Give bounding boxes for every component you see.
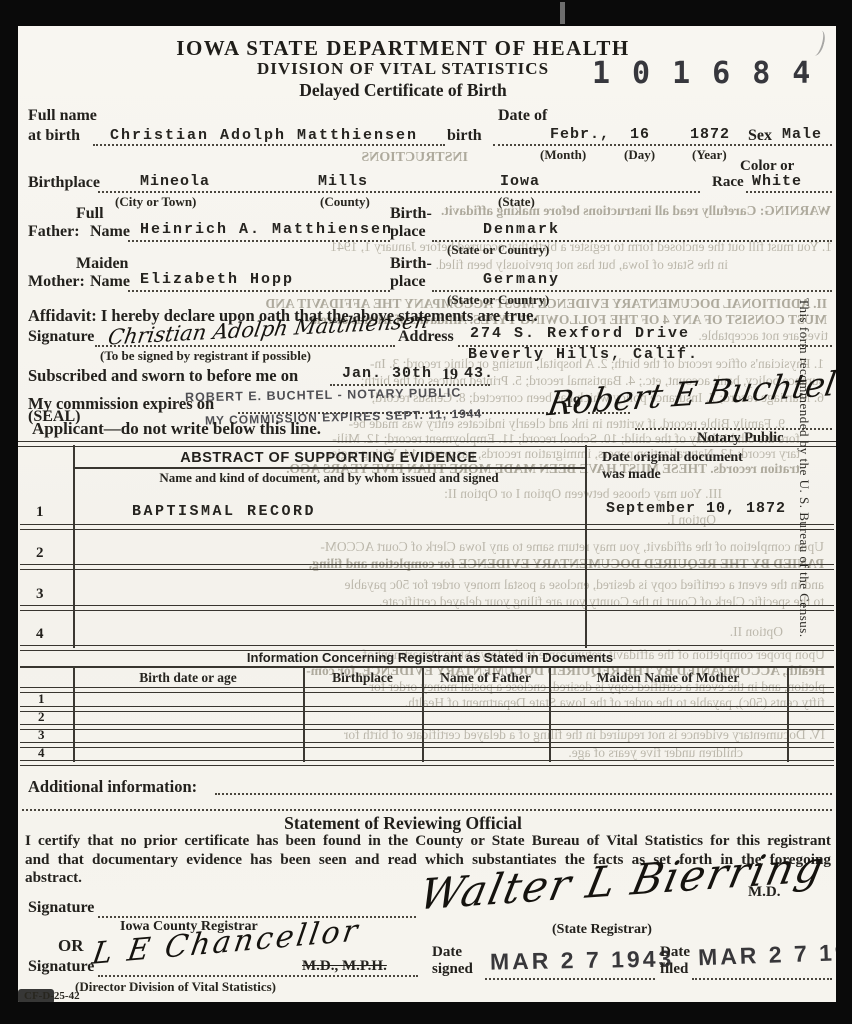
reviewing-title: Statement of Reviewing Official <box>18 813 788 834</box>
sworn-year-value: 43. <box>464 365 494 382</box>
date-signed-label-2: signed <box>432 961 473 978</box>
full-name-label-1: Full name <box>28 107 97 125</box>
bleedthrough-line: Upon completion of the affidavit, you ma… <box>62 539 824 555</box>
table-vline <box>787 666 789 762</box>
applicant-note: Applicant—do not write below this line. <box>32 419 321 439</box>
bleedthrough-line: Option II. <box>688 624 783 640</box>
race-label: Race <box>712 174 744 191</box>
table-vline <box>73 666 75 762</box>
sex-value: Male <box>782 126 822 143</box>
row-separator <box>20 706 834 712</box>
table-vline <box>585 445 587 648</box>
dotted-leader <box>98 975 418 977</box>
additional-info-label: Additional information: <box>28 777 197 797</box>
rule <box>73 467 585 469</box>
dotted-leader <box>98 191 700 193</box>
dotted-leader <box>128 240 390 242</box>
dotted-leader <box>215 793 832 795</box>
date-of-label-1: Date of <box>498 107 547 125</box>
birthplace-label: Birthplace <box>28 174 100 192</box>
dotted-leader <box>93 144 445 146</box>
registrant-row-num: 4 <box>38 745 45 761</box>
registrant-col-father: Name of Father <box>422 670 549 686</box>
state-registrar-caption: (State Registrar) <box>552 922 652 938</box>
side-note: This form recommended by the U. S. Burea… <box>796 298 812 718</box>
mother-name-value: Elizabeth Hopp <box>140 271 294 288</box>
director-degrees: M.D., M.P.H. <box>302 958 387 975</box>
or-label: OR <box>58 936 84 956</box>
table-vline <box>422 666 424 762</box>
father-full-label: Full <box>76 205 104 223</box>
registrant-table-title: Information Concerning Registrant as Sta… <box>73 650 787 665</box>
row-separator <box>20 687 834 693</box>
section-divider <box>18 441 836 447</box>
date-of-label-2: birth <box>447 127 482 145</box>
birth-year-value: 1872 <box>690 126 730 143</box>
father-place-label: place <box>390 223 426 241</box>
mother-name-label: Name <box>90 273 130 291</box>
address-line2-value: Beverly Hills, Calif. <box>468 346 699 363</box>
county-caption: (County) <box>320 194 370 210</box>
full-name-label-2: at birth <box>28 127 80 145</box>
registrant-row-num: 2 <box>38 709 45 725</box>
dotted-leader <box>128 290 390 292</box>
dotted-leader <box>692 978 832 980</box>
mother-birth-label: Birth- <box>390 255 432 273</box>
registrant-col-birthdate: Birth date or age <box>83 670 293 686</box>
state-caption: (State) <box>498 194 535 210</box>
abstract-row-num: 2 <box>36 545 44 562</box>
scan-border-bottom <box>0 1002 852 1024</box>
scan-border-right <box>836 0 852 1024</box>
date-filed-stamp: MAR 2 7 1943 <box>698 938 852 971</box>
father-birth-label: Birth- <box>390 205 432 223</box>
date-signed-label-1: Date <box>432 944 462 961</box>
birth-month-value: Febr., <box>550 126 610 143</box>
mother-place-label: place <box>390 273 426 291</box>
mother-birthplace-value: Germany <box>483 271 560 288</box>
certificate-number-stamp: 101684 <box>592 56 832 91</box>
dotted-leader <box>493 144 832 146</box>
abstract-table-title: ABSTRACT OF SUPPORTING EVIDENCE <box>73 450 585 466</box>
row-separator <box>20 724 834 730</box>
date-made-header-1: Date original document <box>602 450 743 466</box>
bleedthrough-line: and in the event a certified copy is des… <box>62 577 824 593</box>
father-label: Father: <box>28 223 80 241</box>
father-name-label: Name <box>90 223 130 241</box>
row-separator <box>20 524 834 530</box>
address-line1-value: 274 S. Rexford Drive <box>470 325 690 342</box>
abstract-row-num: 1 <box>36 504 44 521</box>
county-signature-label: Signature <box>28 899 94 917</box>
sworn-date-value: Jan. 30th <box>342 365 432 382</box>
mother-maiden-label: Maiden <box>76 255 128 273</box>
sworn-label: Subscribed and sworn to before me on <box>28 366 298 386</box>
dotted-leader <box>98 916 416 918</box>
full-name-value: Christian Adolph Matthiensen <box>110 127 418 144</box>
birth-day-value: 16 <box>630 126 650 143</box>
dotted-leader <box>746 191 832 193</box>
date-signed-stamp: MAR 2 7 1943 <box>490 945 675 975</box>
table-vline <box>303 666 305 762</box>
city-caption: (City or Town) <box>115 194 196 210</box>
scan-border-left <box>0 0 18 1024</box>
signature-caption: (To be signed by registrant if possible) <box>100 348 311 364</box>
registrant-col-birthplace: Birthplace <box>303 670 422 686</box>
date-made-header-2: was made <box>602 467 661 483</box>
date-filed-label-1: Date <box>660 944 690 961</box>
abstract-row-document: BAPTISMAL RECORD <box>132 503 316 520</box>
father-state-country-caption: (State or Country) <box>447 242 549 258</box>
scan-streak <box>560 2 565 24</box>
table-vline <box>549 666 551 762</box>
abstract-row-num: 4 <box>36 626 44 643</box>
birthplace-state-value: Iowa <box>500 173 540 190</box>
registrant-row-num: 3 <box>38 727 45 743</box>
rule <box>20 666 834 668</box>
mother-label: Mother: <box>28 273 85 291</box>
year-caption: (Year) <box>692 147 727 163</box>
address-label: Address <box>398 328 454 346</box>
director-signature-label: Signature <box>28 958 94 976</box>
sworn-year-prefix: 19 <box>442 366 458 384</box>
dotted-leader <box>485 978 655 980</box>
father-birthplace-value: Denmark <box>483 221 560 238</box>
birthplace-county-value: Mills <box>318 173 368 190</box>
abstract-row-date: September 10, 1872 <box>606 500 786 517</box>
bleedthrough-line: INSTRUCTIONS <box>333 150 468 166</box>
day-caption: (Day) <box>624 147 655 163</box>
state-registrar-degree: M.D. <box>748 884 781 901</box>
race-value: White <box>752 173 802 190</box>
row-separator <box>20 742 834 748</box>
date-filed-label-2: filed <box>660 961 688 978</box>
father-name-value: Heinrich A. Matthiensen <box>140 221 393 238</box>
scanned-certificate: INSTRUCTIONSWARNING: Carefully read all … <box>0 0 852 1024</box>
scan-border-top <box>0 0 852 26</box>
birthplace-city-value: Mineola <box>140 173 210 190</box>
row-separator <box>20 564 834 570</box>
abstract-row-num: 3 <box>36 586 44 603</box>
registrant-col-mother: Maiden Name of Mother <box>549 670 787 686</box>
director-caption: (Director Division of Vital Statistics) <box>75 979 276 995</box>
form-number: CF-D-25-42 <box>24 990 80 1002</box>
registrant-row-num: 1 <box>38 691 45 707</box>
abstract-table-subtitle: Name and kind of document, and by whom i… <box>73 470 585 486</box>
month-caption: (Month) <box>540 147 586 163</box>
dotted-leader <box>22 809 832 811</box>
signature-label: Signature <box>28 328 94 346</box>
row-separator <box>20 605 834 611</box>
sex-label: Sex <box>748 127 772 145</box>
table-bottom-rule <box>20 760 834 766</box>
